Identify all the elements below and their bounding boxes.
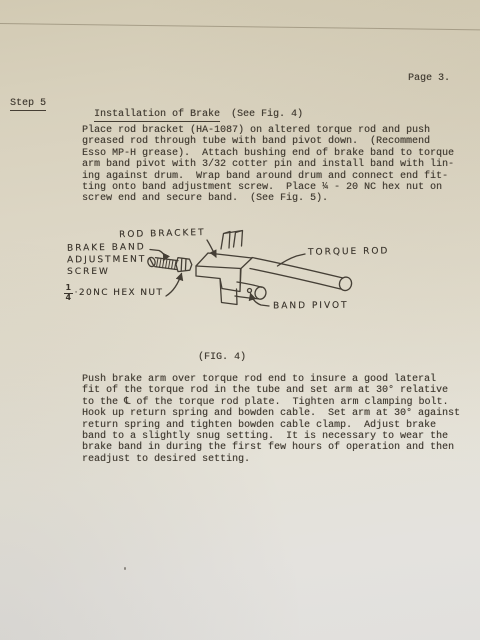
page-number: Page 3.	[408, 73, 450, 84]
paragraph-line: Push brake arm over torque rod end to in…	[82, 374, 460, 385]
paragraph-line: brake band in during the first few hours…	[82, 442, 460, 453]
paragraph-line: return spring and tighten bowden cable c…	[82, 420, 460, 431]
band-pivot-hole	[248, 289, 252, 293]
paragraph-line: Esso MP-H grease). Attach bushing end of…	[82, 148, 454, 159]
label-line: ADJUSTMENT	[67, 254, 146, 267]
paragraph-line: screw end and secure band. (See Fig. 5).	[82, 193, 454, 204]
hex-nut-leader	[166, 274, 182, 297]
rod-bracket-leader	[207, 240, 216, 257]
rod-bracket-front-face	[196, 266, 241, 292]
label-rod-bracket: ROD BRACKET	[119, 227, 206, 241]
label-line: BRAKE BAND	[67, 241, 146, 254]
hex-nut-text: ·20NC HEX NUT	[75, 288, 164, 298]
section-heading: Installation of Brake(See Fig. 4)	[82, 98, 303, 121]
figure-caption: (FIG. 4)	[198, 352, 246, 363]
paragraph-line: ting onto band adjustment screw. Place ¼…	[82, 182, 454, 193]
label-torque-rod: TORQUE ROD	[308, 245, 390, 258]
paragraph-line: greased rod through tube with band pivot…	[82, 136, 454, 147]
heading-figref: (See Fig. 4)	[231, 109, 303, 120]
step-label-text: Step 5	[10, 98, 46, 111]
fraction-denominator: 4	[66, 294, 72, 303]
paragraph-line: arm band pivot with 3/32 cotter pin and …	[82, 159, 454, 170]
paragraph-line: ing against drum. Wrap band around drum …	[82, 171, 454, 182]
paragraph-line: readjust to desired setting.	[82, 454, 460, 465]
step-label: Step 5	[10, 98, 46, 109]
paragraph-line: fit of the torque rod in the tube and se…	[82, 385, 460, 396]
paragraph-line: to the ℄ of the torque rod plate. Tighte…	[82, 397, 460, 408]
band-pivot-body	[235, 282, 262, 299]
adjustment-nut	[176, 258, 192, 272]
screw-head-slot	[150, 259, 154, 266]
paper-speck	[124, 567, 126, 570]
document-photo: { "page": { "page_number": "Page 3.", "s…	[0, 0, 480, 640]
label-band-pivot: BAND PIVOT	[273, 300, 349, 313]
paragraph-line: Place rod bracket (HA-1087) on altered t…	[82, 125, 454, 136]
rod-bracket-clip	[221, 231, 243, 250]
heading-title: Installation of Brake	[94, 109, 220, 122]
label-line: SCREW	[67, 266, 146, 278]
label-brake-band-adjustment-screw: BRAKE BAND ADJUSTMENT SCREW	[67, 242, 146, 278]
hex-nut-fraction: 14	[64, 284, 73, 302]
paragraph-line: band to a slightly snug setting. It is n…	[82, 431, 460, 442]
pivot-plate	[220, 279, 237, 305]
paragraph-line: Hook up return spring and bowden cable. …	[82, 408, 460, 419]
torque-rod-end	[338, 275, 354, 292]
rod-bracket-top-face	[196, 253, 252, 269]
label-hex-nut: 14·20NC HEX NUT	[64, 284, 163, 302]
torque-rod-body	[250, 258, 343, 290]
paragraph-adjustment: Push brake arm over torque rod end to in…	[82, 374, 460, 465]
paragraph-installation: Place rod bracket (HA-1087) on altered t…	[82, 125, 454, 205]
paper-edge-line	[0, 23, 480, 30]
